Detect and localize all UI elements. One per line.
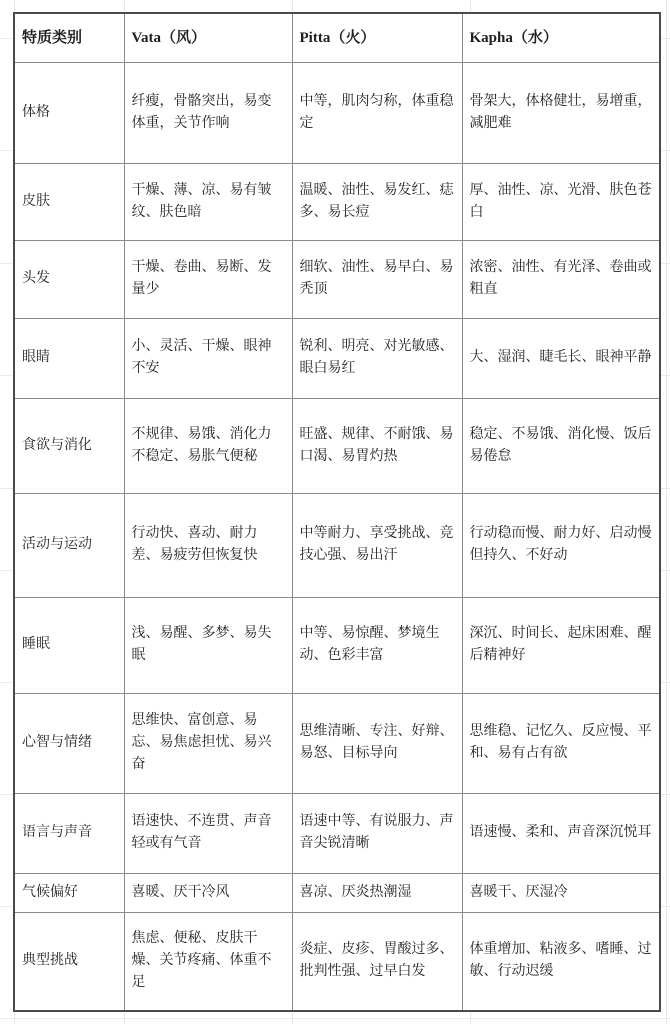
row-label: 心智与情绪 (14, 693, 124, 793)
table-row: 典型挑战 焦虑、便秘、皮肤干燥、关节疼痛、体重不足 炎症、皮疹、胃酸过多、批判性… (14, 912, 660, 1011)
column-header-pitta: Pitta（火） (292, 13, 462, 62)
table-row: 语言与声音 语速快、不连贯、声音轻或有气音 语速中等、有说服力、声音尖锐清晰 语… (14, 793, 660, 873)
trait-cell-vata: 语速快、不连贯、声音轻或有气音 (124, 793, 292, 873)
table-row: 眼睛 小、灵活、干燥、眼神不安 锐利、明亮、对光敏感、眼白易红 大、湿润、睫毛长… (14, 318, 660, 398)
row-label: 语言与声音 (14, 793, 124, 873)
grid-hline (0, 1018, 670, 1019)
trait-cell-kapha: 喜暖干、厌湿冷 (462, 873, 660, 912)
trait-cell-kapha: 行动稳而慢、耐力好、启动慢但持久、不好动 (462, 493, 660, 597)
table-row: 皮肤 干燥、薄、凉、易有皱纹、肤色暗 温暖、油性、易发红、痣多、易长痘 厚、油性… (14, 163, 660, 240)
column-header-kapha: Kapha（水） (462, 13, 660, 62)
column-header-category: 特质类别 (14, 13, 124, 62)
row-label: 气候偏好 (14, 873, 124, 912)
trait-cell-pitta: 锐利、明亮、对光敏感、眼白易红 (292, 318, 462, 398)
table-row: 活动与运动 行动快、喜动、耐力差、易疲劳但恢复快 中等耐力、享受挑战、竞技心强、… (14, 493, 660, 597)
table-row: 体格 纤瘦，骨骼突出，易变体重，关节作响 中等，肌肉匀称，体重稳定 骨架大，体格… (14, 62, 660, 163)
row-label: 睡眠 (14, 597, 124, 693)
trait-cell-vata: 干燥、卷曲、易断、发量少 (124, 240, 292, 318)
trait-cell-kapha: 深沉、时间长、起床困难、醒后精神好 (462, 597, 660, 693)
trait-cell-vata: 浅、易醒、多梦、易失眠 (124, 597, 292, 693)
row-label: 皮肤 (14, 163, 124, 240)
table-row: 心智与情绪 思维快、富创意、易忘、易焦虑担忧、易兴奋 思维清晰、专注、好辩、易怒… (14, 693, 660, 793)
row-label: 典型挑战 (14, 912, 124, 1011)
trait-cell-vata: 焦虑、便秘、皮肤干燥、关节疼痛、体重不足 (124, 912, 292, 1011)
header-row: 特质类别 Vata（风） Pitta（火） Kapha（水） (14, 13, 660, 62)
trait-cell-kapha: 浓密、油性、有光泽、卷曲或粗直 (462, 240, 660, 318)
trait-cell-vata: 纤瘦，骨骼突出，易变体重，关节作响 (124, 62, 292, 163)
trait-cell-pitta: 细软、油性、易早白、易秃顶 (292, 240, 462, 318)
trait-cell-vata: 不规律、易饿、消化力不稳定、易胀气便秘 (124, 398, 292, 493)
trait-cell-kapha: 大、湿润、睫毛长、眼神平静 (462, 318, 660, 398)
grid-vline (666, 0, 667, 1024)
trait-cell-kapha: 骨架大，体格健壮，易增重，减肥难 (462, 62, 660, 163)
trait-cell-vata: 思维快、富创意、易忘、易焦虑担忧、易兴奋 (124, 693, 292, 793)
trait-cell-vata: 干燥、薄、凉、易有皱纹、肤色暗 (124, 163, 292, 240)
row-label: 活动与运动 (14, 493, 124, 597)
trait-cell-pitta: 中等、易惊醒、梦境生动、色彩丰富 (292, 597, 462, 693)
trait-cell-pitta: 喜凉、厌炎热潮湿 (292, 873, 462, 912)
trait-cell-vata: 小、灵活、干燥、眼神不安 (124, 318, 292, 398)
row-label: 食欲与消化 (14, 398, 124, 493)
column-header-vata: Vata（风） (124, 13, 292, 62)
table-row: 睡眠 浅、易醒、多梦、易失眠 中等、易惊醒、梦境生动、色彩丰富 深沉、时间长、起… (14, 597, 660, 693)
trait-cell-pitta: 炎症、皮疹、胃酸过多、批判性强、过早白发 (292, 912, 462, 1011)
trait-cell-kapha: 稳定、不易饿、消化慢、饭后易倦怠 (462, 398, 660, 493)
trait-cell-vata: 喜暖、厌干冷风 (124, 873, 292, 912)
table-row: 气候偏好 喜暖、厌干冷风 喜凉、厌炎热潮湿 喜暖干、厌湿冷 (14, 873, 660, 912)
trait-cell-pitta: 思维清晰、专注、好辩、易怒、目标导向 (292, 693, 462, 793)
trait-cell-kapha: 语速慢、柔和、声音深沉悦耳 (462, 793, 660, 873)
trait-cell-kapha: 体重增加、粘液多、嗜睡、过敏、行动迟缓 (462, 912, 660, 1011)
trait-cell-pitta: 语速中等、有说服力、声音尖锐清晰 (292, 793, 462, 873)
row-label: 头发 (14, 240, 124, 318)
dosha-comparison-table: 特质类别 Vata（风） Pitta（火） Kapha（水） 体格 纤瘦，骨骼突… (13, 12, 661, 1012)
table-row: 头发 干燥、卷曲、易断、发量少 细软、油性、易早白、易秃顶 浓密、油性、有光泽、… (14, 240, 660, 318)
trait-cell-pitta: 中等耐力、享受挑战、竞技心强、易出汗 (292, 493, 462, 597)
spreadsheet-page: 特质类别 Vata（风） Pitta（火） Kapha（水） 体格 纤瘦，骨骼突… (0, 0, 670, 1024)
trait-cell-pitta: 温暖、油性、易发红、痣多、易长痘 (292, 163, 462, 240)
trait-cell-kapha: 厚、油性、凉、光滑、肤色苍白 (462, 163, 660, 240)
trait-cell-kapha: 思维稳、记忆久、反应慢、平和、易有占有欲 (462, 693, 660, 793)
table-row: 食欲与消化 不规律、易饿、消化力不稳定、易胀气便秘 旺盛、规律、不耐饿、易口渴、… (14, 398, 660, 493)
trait-cell-pitta: 旺盛、规律、不耐饿、易口渴、易胃灼热 (292, 398, 462, 493)
row-label: 体格 (14, 62, 124, 163)
row-label: 眼睛 (14, 318, 124, 398)
trait-cell-vata: 行动快、喜动、耐力差、易疲劳但恢复快 (124, 493, 292, 597)
trait-cell-pitta: 中等，肌肉匀称，体重稳定 (292, 62, 462, 163)
